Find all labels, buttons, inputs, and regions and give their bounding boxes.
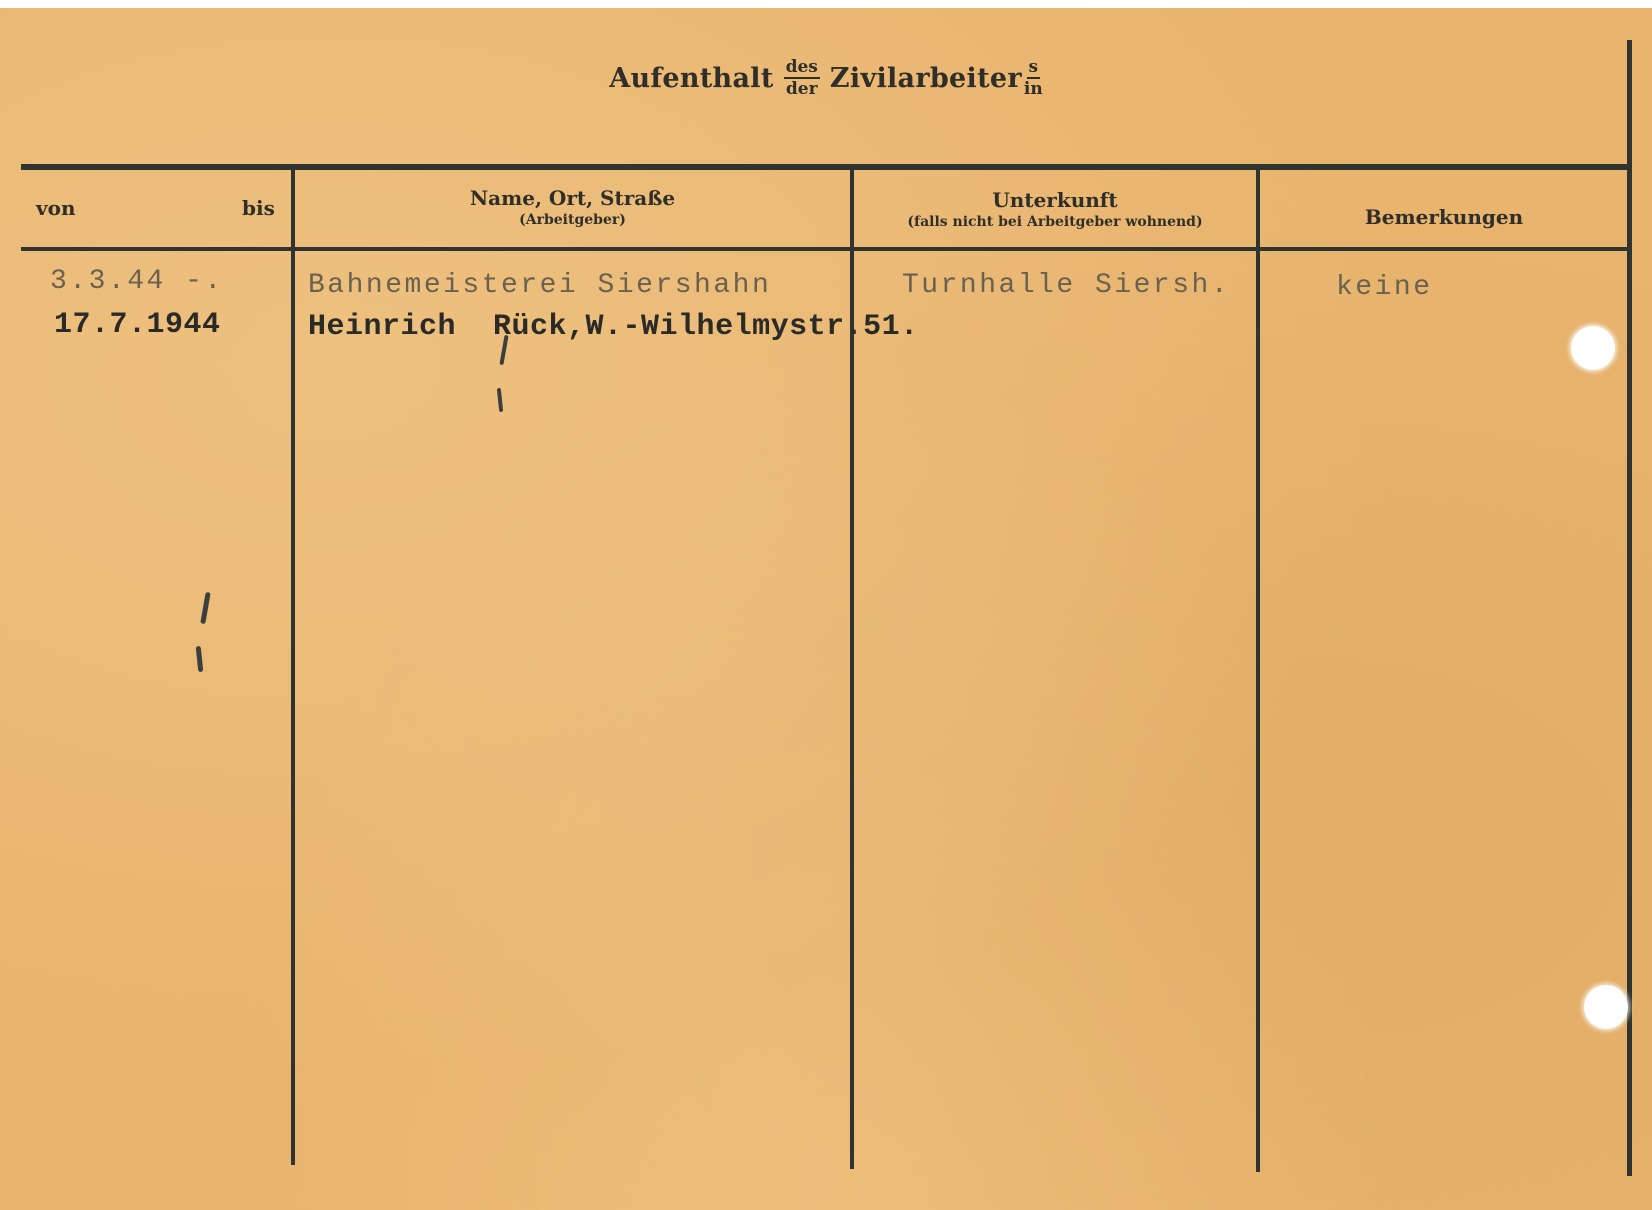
column-divider-3 — [1256, 168, 1260, 1172]
header-bis: bis — [242, 196, 275, 220]
header-von: von — [36, 196, 76, 220]
punch-hole — [1571, 326, 1615, 370]
table-top-rule — [21, 164, 1631, 170]
header-unterkunft: Unterkunft (falls nicht bei Arbeitgeber … — [854, 188, 1256, 230]
row2-name-ort-strasse: Heinrich Rück,W.-Wilhelmystr.51. — [308, 310, 919, 344]
row2-von-bis: 17.7.1944 — [54, 308, 221, 342]
row1-bemerkungen: keine — [1336, 272, 1433, 303]
row1-unterkunft: Turnhalle Siersh. — [902, 270, 1230, 301]
header-bottom-rule — [21, 247, 1629, 251]
title-fraction-des-der: des der — [784, 58, 820, 98]
column-divider-1 — [291, 166, 295, 1165]
header-bemerkungen: Bemerkungen — [1260, 205, 1628, 229]
title-fraction-s-in: s in — [1024, 58, 1043, 98]
card-title: Aufenthalt des der Zivilarbeiter s in — [0, 58, 1652, 98]
title-word-zivilarbeiter: Zivilarbeiter — [830, 63, 1022, 94]
header-name-ort-strasse: Name, Ort, Straße (Arbeitgeber) — [295, 186, 850, 228]
row1-von-bis: 3.3.44 -. — [50, 266, 224, 297]
row1-name-ort-strasse: Bahnemeisterei Siershahn — [308, 270, 771, 301]
punch-hole — [1584, 985, 1628, 1029]
title-word-aufenthalt: Aufenthalt — [609, 63, 773, 94]
